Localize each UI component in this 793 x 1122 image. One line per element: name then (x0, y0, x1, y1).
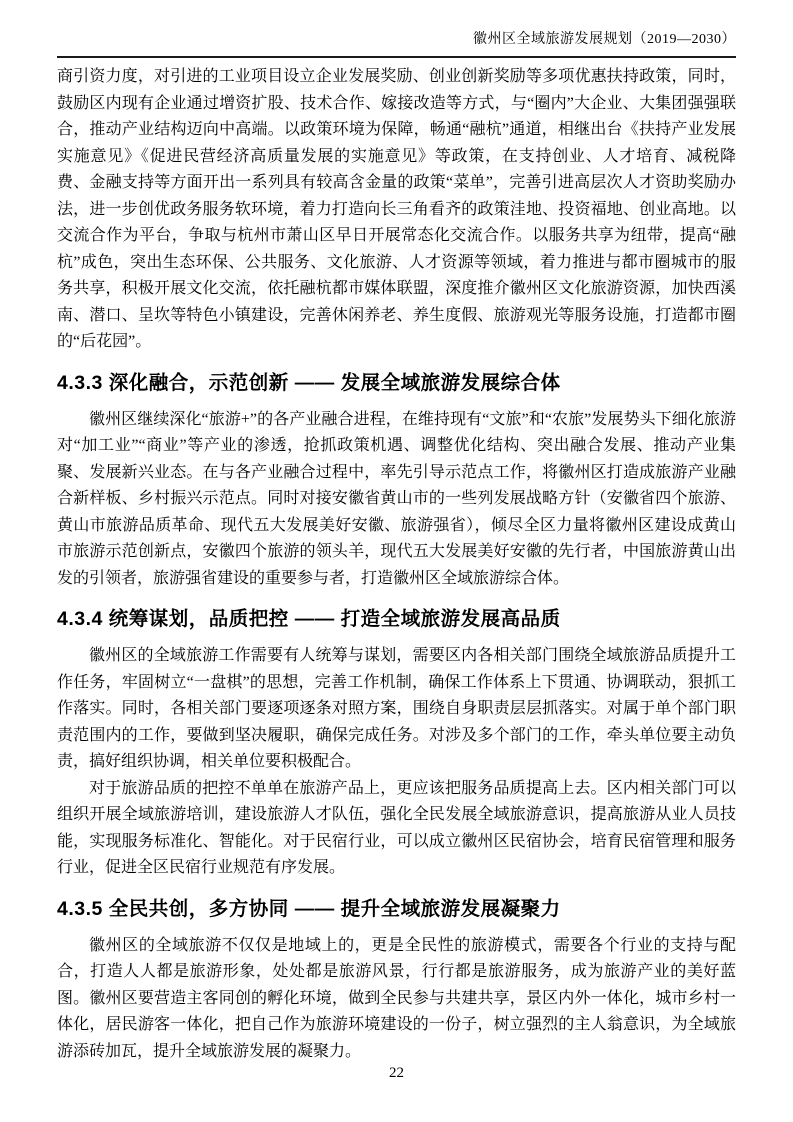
section-heading-4-3-3: 4.3.3 深化融合，示范创新 —— 发展全域旅游发展综合体 (57, 371, 736, 396)
page-number: 22 (0, 1064, 793, 1082)
continuation-paragraph: 商引资力度，对引进的工业项目设立企业发展奖励、创业创新奖励等多项优惠扶持政策，同… (57, 64, 736, 356)
section-heading-4-3-5: 4.3.5 全民共创，多方协同 —— 提升全域旅游发展凝聚力 (57, 897, 736, 922)
section-4-3-4-paragraph-1: 徽州区的全域旅游工作需要有人统筹与谋划，需要区内各相关部门围绕全域旅游品质提升工… (57, 643, 736, 776)
section-4-3-5-paragraph: 徽州区的全域旅游不仅仅是地域上的，更是全民性的旅游模式，需要各个行业的支持与配合… (57, 933, 736, 1066)
running-header-title: 徽州区全域旅游发展规划（2019—2030） (473, 32, 736, 47)
section-4-3-3-paragraph: 徽州区继续深化“旅游+”的各产业融合进程，在维持现有“文旅”和“农旅”发展势头下… (57, 407, 736, 593)
page-content: 商引资力度，对引进的工业项目设立企业发展奖励、创业创新奖励等多项优惠扶持政策，同… (57, 64, 736, 1065)
running-header: 徽州区全域旅游发展规划（2019—2030） (57, 31, 736, 58)
section-4-3-4-paragraph-2: 对于旅游品质的把控不单单在旅游产品上，更应该把服务品质提高上去。区内相关部门可以… (57, 776, 736, 882)
section-heading-4-3-4: 4.3.4 统筹谋划，品质把控 —— 打造全域旅游发展高品质 (57, 607, 736, 632)
document-page: 徽州区全域旅游发展规划（2019—2030） 商引资力度，对引进的工业项目设立企… (0, 0, 793, 1122)
